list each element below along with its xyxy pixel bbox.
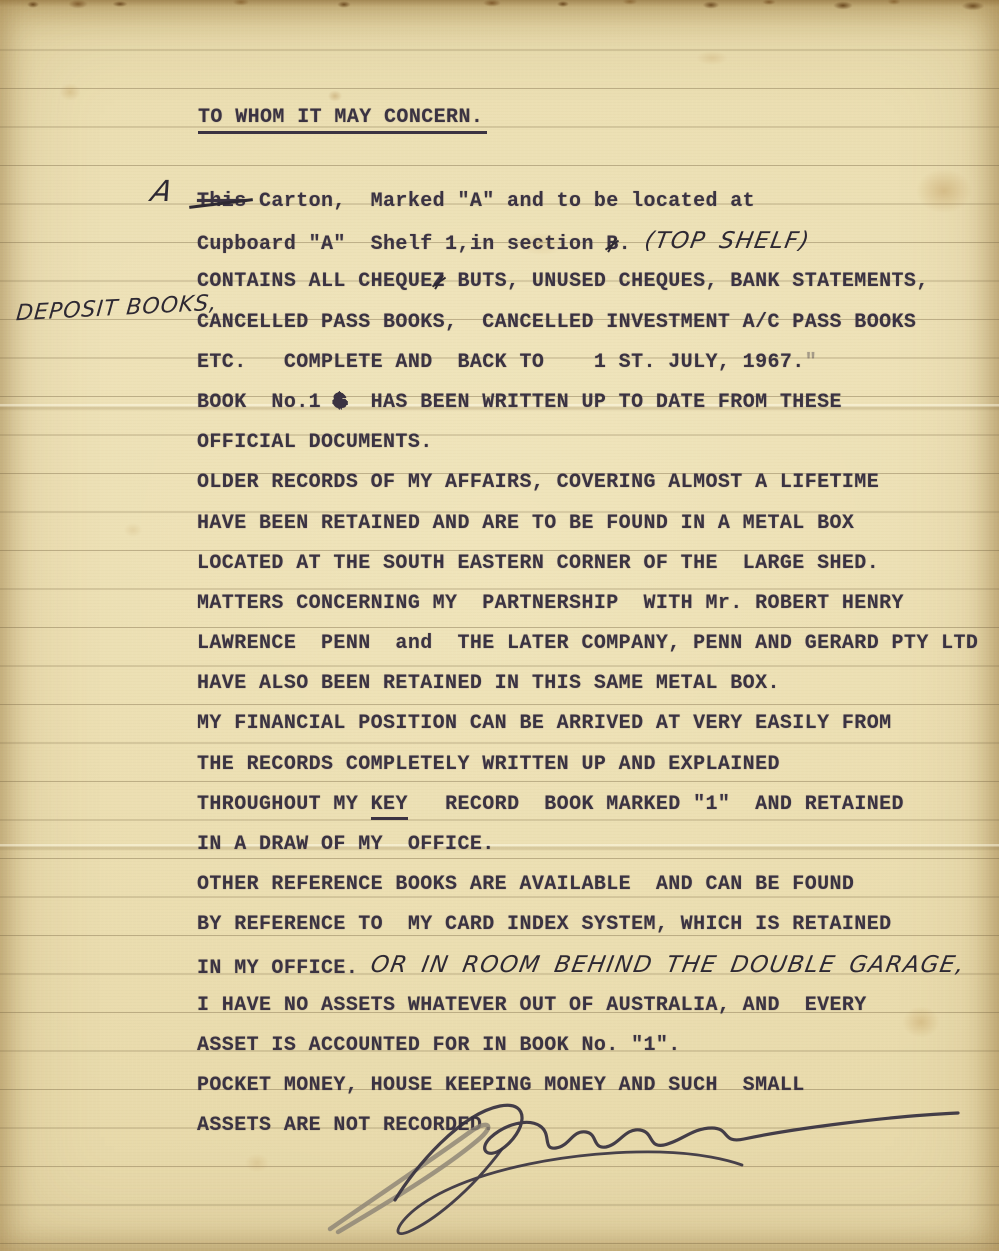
typed-segment: THE RECORDS COMPLETELY WRITTEN UP AND EX…	[197, 753, 780, 776]
typed-segment: OTHER REFERENCE BOOKS ARE AVAILABLE AND …	[197, 873, 854, 896]
typed-segment: OLDER RECORDS OF MY AFFAIRS, COVERING AL…	[197, 471, 879, 494]
typed-segment: MY FINANCIAL POSITION CAN BE ARRIVED AT …	[197, 712, 892, 735]
scanned-letter-page: TO WHOM IT MAY CONCERN. A DEPOSIT BOOKS,…	[0, 0, 999, 1251]
typed-line: I HAVE NO ASSETS WHATEVER OUT OF AUSTRAL…	[197, 986, 997, 1026]
typed-segment: THROUGHOUT MY	[197, 793, 371, 816]
typed-segment: LAWRENCE PENN and THE LATER COMPANY, PEN…	[197, 632, 978, 655]
typed-segment: LOCATED AT THE SOUTH EASTERN CORNER OF T…	[197, 552, 879, 575]
handwritten-segment: (TOP SHELF)	[628, 221, 814, 261]
typed-line: ETC. COMPLETE AND BACK TO 1 ST. JULY, 19…	[197, 343, 997, 383]
typed-segment: BOOK No.1	[197, 391, 333, 414]
typed-line: CANCELLED PASS BOOKS, CANCELLED INVESTME…	[197, 303, 997, 343]
typed-segment: ETC. COMPLETE AND BACK TO 1 ST. JULY, 19…	[197, 351, 805, 374]
typed-line: BOOK No.1 $ HAS BEEN WRITTEN UP TO DATE …	[197, 383, 997, 423]
typed-line: OTHER REFERENCE BOOKS ARE AVAILABLE AND …	[197, 865, 997, 905]
typed-segment: ASSET IS ACCOUNTED FOR IN BOOK No. "1".	[197, 1034, 681, 1057]
typed-line: THE RECORDS COMPLETELY WRITTEN UP AND EX…	[197, 745, 997, 785]
typed-line: OFFICIAL DOCUMENTS.	[197, 423, 997, 463]
typed-segment: "	[805, 351, 817, 374]
typed-segment: KEY	[371, 793, 408, 820]
typed-segment: Carton, Marked "A" and to be located at	[247, 190, 755, 213]
document-heading: TO WHOM IT MAY CONCERN.	[198, 106, 487, 134]
typed-line: MY FINANCIAL POSITION CAN BE ARRIVED AT …	[197, 704, 997, 744]
typed-line: IN A DRAW OF MY OFFICE.	[197, 825, 997, 865]
top-edge-stains	[0, 0, 999, 26]
typed-line: CONTAINS ALL CHEQUEZ BUTS, UNUSED CHEQUE…	[197, 262, 997, 302]
typed-segment: Z	[433, 270, 445, 293]
typed-line: MATTERS CONCERNING MY PARTNERSHIP WITH M…	[197, 584, 997, 624]
typed-segment: HAVE BEEN RETAINED AND ARE TO BE FOUND I…	[197, 512, 854, 535]
typed-segment: BY REFERENCE TO MY CARD INDEX SYSTEM, WH…	[197, 913, 892, 936]
typed-segment: IN MY OFFICE.	[197, 957, 371, 980]
typed-segment: BUTS, UNUSED CHEQUES, BANK STATEMENTS,	[445, 270, 929, 293]
typed-segment: MATTERS CONCERNING MY PARTNERSHIP WITH M…	[197, 592, 904, 615]
typed-line: HAVE ALSO BEEN RETAINED IN THIS SAME MET…	[197, 664, 997, 704]
typed-segment: CONTAINS ALL CHEQUE	[197, 270, 433, 293]
signature	[318, 1092, 982, 1250]
typed-line: LAWRENCE PENN and THE LATER COMPANY, PEN…	[197, 624, 997, 664]
typed-line: This Carton, Marked "A" and to be locate…	[197, 182, 997, 222]
typed-line: Cupboard "A" Shelf 1,in section B. (TOP …	[197, 222, 997, 262]
typed-segment: I HAVE NO ASSETS WHATEVER OUT OF AUSTRAL…	[197, 994, 867, 1017]
typed-segment: RECORD BOOK MARKED "1" AND RETAINED	[408, 793, 904, 816]
typed-line: ASSET IS ACCOUNTED FOR IN BOOK No. "1".	[197, 1026, 997, 1066]
typed-segment: HAVE ALSO BEEN RETAINED IN THIS SAME MET…	[197, 672, 780, 695]
typed-segment: OFFICIAL DOCUMENTS.	[197, 431, 433, 454]
typed-segment: IN A DRAW OF MY OFFICE.	[197, 833, 495, 856]
typed-segment: Cupboard "A" Shelf 1,in section	[197, 233, 606, 256]
typed-segment: This	[197, 190, 247, 213]
typed-segment: CANCELLED PASS BOOKS, CANCELLED INVESTME…	[197, 311, 916, 334]
typed-line: BY REFERENCE TO MY CARD INDEX SYSTEM, WH…	[197, 905, 997, 945]
typed-line: HAVE BEEN RETAINED AND ARE TO BE FOUND I…	[197, 504, 997, 544]
typed-segment: HAS BEEN WRITTEN UP TO DATE FROM THESE	[346, 391, 842, 414]
handwritten-segment: OR IN ROOM BEHIND THE DOUBLE GARAGE,	[367, 945, 968, 985]
typed-line: OLDER RECORDS OF MY AFFAIRS, COVERING AL…	[197, 463, 997, 503]
typed-segment: B	[606, 233, 618, 256]
typed-line: IN MY OFFICE. OR IN ROOM BEHIND THE DOUB…	[197, 946, 997, 986]
typed-segment: $	[333, 391, 345, 414]
typed-line: THROUGHOUT MY KEY RECORD BOOK MARKED "1"…	[197, 785, 997, 825]
typed-line: LOCATED AT THE SOUTH EASTERN CORNER OF T…	[197, 544, 997, 584]
typed-body: This Carton, Marked "A" and to be locate…	[197, 182, 997, 1147]
